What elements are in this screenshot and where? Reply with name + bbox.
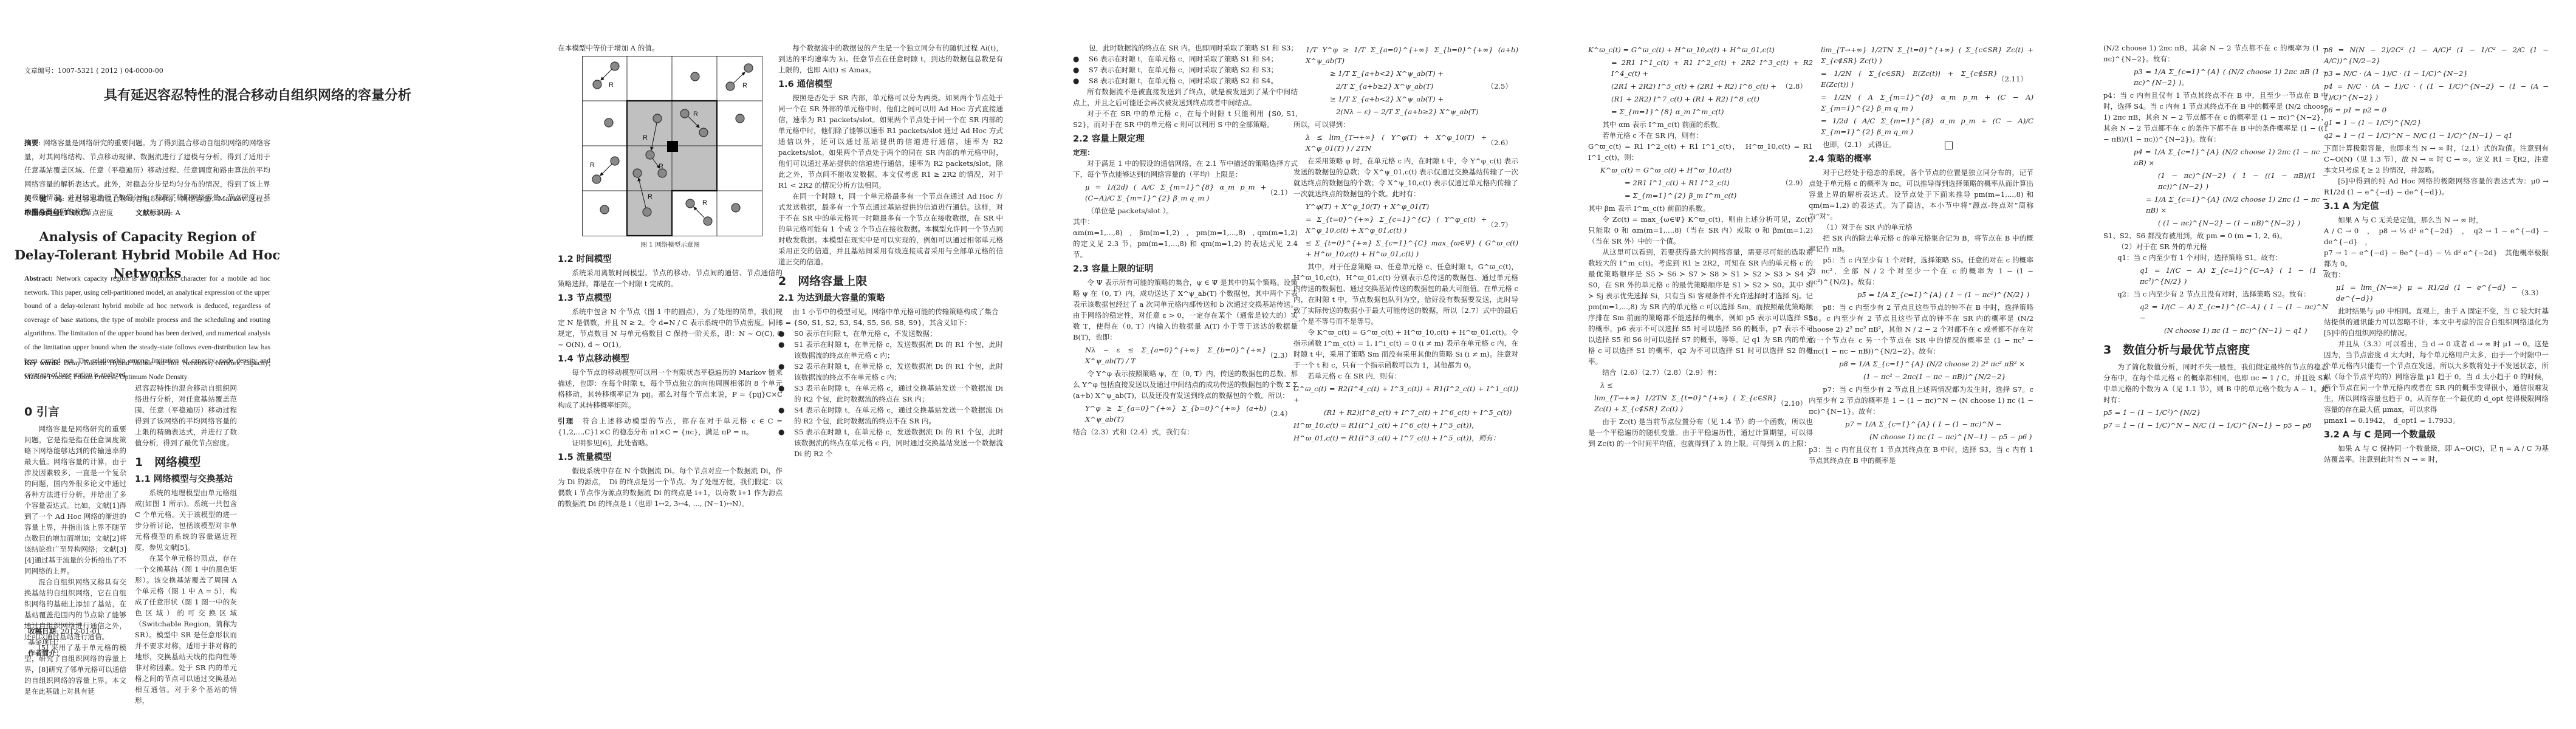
svg-text:R: R [648,193,653,200]
strategy-list: S0 表示在时隙 t，在单元格 c，不发送数据； S1 表示在时隙 t，在单元格… [778,328,1003,459]
list-item: S0 表示在时隙 t，在单元格 c，不发送数据； [778,328,1003,339]
subsection-heading: 1.4 节点移动模型 [558,354,783,364]
list-item: S6 表示在时隙 t，在单元格 c，同时采取了策略 S1 和 S4； [1073,53,1298,64]
equation-2-1: μ = 1/(2d) ( A/C Σ_{m=1}^{8} α_m p_m + (… [1085,182,1298,204]
list-item: S1 表示在时隙 t，在单元格 c，发送数据流 Di 的 R1 个包，此时该数据… [778,339,1003,361]
figure-caption: 图 1 网络模型示意图 [558,239,783,250]
subsection-heading: 1.5 流量模型 [558,452,783,463]
equation-3-3: μ1 = lim_{N→∞} μ = R1/2d (1 − e^{−d} − d… [2336,282,2549,304]
list-item: S7 表示在时隙 t，在单元格 c，同时采取了策略 S2 和 S3； [1073,64,1298,75]
page2-col1: 在本模型中等价于增加 A 的值。 [558,43,783,509]
subsection-heading: 1.6 通信模型 [778,79,1003,90]
svg-text:R: R [702,199,707,207]
section-heading: 0 引言 [24,406,126,417]
network-model-figure: RRR RRR RR [582,56,763,237]
equation-2-8: K^ϖ_c(t) = G^ϖ_c(t) + H^ϖ_10,c(t) + H^ϖ_… [1588,44,1813,117]
list-item: S8 表示在时隙 t，在单元格 c，同时采取了策略 S2 和 S4。 [1073,75,1298,86]
author-label: 作者简介： [28,648,63,659]
footnote-rule [24,624,82,625]
subsection-heading: 2.3 容量上限的证明 [1073,264,1298,275]
page4-col2: lim_{T→+∞} 1/2TN Σ_{t=0}^{+∞} ( Σ_{c∈SR}… [1809,43,2033,466]
page3-col2: 1/T Y^φ ≥ 1/T Σ_{a=0}^{+∞} Σ_{b=0}^{+∞} … [1293,43,1518,445]
subsection-heading: 3.1 A 为定值 [2324,201,2549,212]
subsection-heading: 1.1 网络模型与交换基站 [135,474,237,485]
subsection-heading: 2.4 策略的概率 [1809,154,2033,165]
svg-text:R: R [742,82,747,89]
page-2: 在本模型中等价于增加 A 的值。 [515,0,1030,729]
list-item: S3 表示在时隙 t，在单元格 c，通过交换基站发送一个数据流 Di 的 R2 … [778,383,1003,405]
subsection-heading: 1.2 时间模型 [558,254,783,265]
list-item: S5 表示在时隙 t，在单元格 c，发送数据流 Di 的 R1 个包，此时该数据… [778,426,1003,459]
strategy-list: S6 表示在时隙 t，在单元格 c，同时采取了策略 S1 和 S4； S7 表示… [1073,53,1298,86]
equation-2-4: Y^φ ≥ Σ_{a=0}^{+∞} Σ_{b=0}^{+∞} (a+b) X^… [1085,403,1298,425]
classification: 中图分类号: TN915 文献标识码: A [24,206,270,220]
svg-text:R: R [693,111,698,118]
svg-text:R: R [643,134,648,142]
equation-2-10: λ ≤ lim_{T→+∞} 1/2TN Σ_{t=0}^{+∞} ( Σ_{c… [1588,380,1813,414]
svg-text:R: R [609,81,614,89]
section-heading: 3 数值分析与最优节点密度 [2103,344,2328,355]
list-item: S2 表示在时隙 t，在单元格 c，发送数据流 Di 的 R1 个包，此时该数据… [778,361,1003,383]
subsection-heading: 1.3 节点模型 [558,293,783,304]
page-3: 包，此时数据流的终点在 SR 内。也即同时采取了策略 S1 和 S3； S6 表… [1030,0,1546,729]
equation-2-9: K^ϖ_c(t) = G^ϖ_c(t) + H^ϖ_10,c(t) = 2R1 … [1588,165,1813,201]
equation-2-11: lim_{T→+∞} 1/2TN Σ_{t=0}^{+∞} ( Σ_{c∈SR}… [1809,44,2033,137]
page3-col1: 包，此时数据流的终点在 SR 内。也即同时采取了策略 S1 和 S3； S6 表… [1073,43,1298,437]
network-grid-diagram: RRR RRR RR [582,56,763,237]
page-5: (N/2 choose 1) 2πc πB，其余 N − 2 节点都不在 c 的… [2061,0,2576,729]
page2-col2: 每个数据流中的数据包的产生是一个独立同分布的随机过程 Ai(t)，到达的平均速率… [778,43,1003,459]
page4-col1: K^ϖ_c(t) = G^ϖ_c(t) + H^ϖ_10,c(t) + H^ϖ_… [1588,43,1813,449]
page5-col1: (N/2 choose 1) 2πc πB，其余 N − 2 节点都不在 c 的… [2103,43,2328,433]
subsection-heading: 3.2 A 与 C 是同一个数量级 [2324,430,2549,440]
equation-2-5: 1/T Y^φ ≥ 1/T Σ_{a=0}^{+∞} Σ_{b=0}^{+∞} … [1293,44,1518,117]
svg-text:R: R [659,163,663,170]
abstract-cn-label: 摘要 [24,139,38,147]
page5-col2: p8 = N(N − 2)/2C² (1 − A/C)² (1 − 1/C² −… [2324,43,2549,465]
equation-2-3: Nλ − ε ≤ Σ_{a=0}^{+∞} Σ_{b=0}^{+∞} X^ψ_a… [1085,344,1298,366]
page-4: K^ϖ_c(t) = G^ϖ_c(t) + H^ϖ_10,c(t) + H^ϖ_… [1546,0,2061,729]
received-date: 收稿日期: 2012-01-01 [28,626,101,637]
equation-2-6: λ ≤ lim_{T→+∞} ( Y^φ(T) + X^φ_10(T) + X^… [1306,132,1518,154]
qed-square-icon [1945,142,1953,149]
subsection-heading: 2.2 容量上限定理 [1073,134,1298,145]
section-heading: 1 网络模型 [135,457,237,468]
page1-col2: 迟容忍特性的混合移动自组织网络进行分析，对任意基站覆盖范围、任意（平稳遍历）移动… [135,383,237,706]
keywords-en: Key words: Delay-Tolerant Hybrid Mobile … [24,357,270,384]
section-heading: 2 网络容量上限 [778,276,1003,287]
svg-text:R: R [590,162,595,169]
equation-2-7: Y^φ(T) + X^φ_10(T) + X^φ_01(T) = Σ_{t=0}… [1293,201,1518,259]
subsection-heading: 2.1 为达到最大容量的策略 [778,293,1003,304]
page-1: 文章编号：1007-5321 ( 2012 ) 04-0000-00 具有延迟容… [0,0,515,729]
article-number: 文章编号：1007-5321 ( 2012 ) 04-0000-00 [24,66,163,75]
fund-label: 基金项目： [28,637,63,648]
lemma: 引理 符合上述移动模型的节点，都存在对于单元格 c ∈ C = {1,2,...… [558,416,783,437]
paper-title-cn: 具有延迟容忍特性的混合移动自组织网络的容量分析 [0,85,515,104]
list-item: S4 表示在时隙 t，在单元格 c，通过交换基站发送一个数据流 Di 的 R2 … [778,405,1003,426]
qed-line: 也即，（2.1） 式得证。 [1809,139,2033,150]
